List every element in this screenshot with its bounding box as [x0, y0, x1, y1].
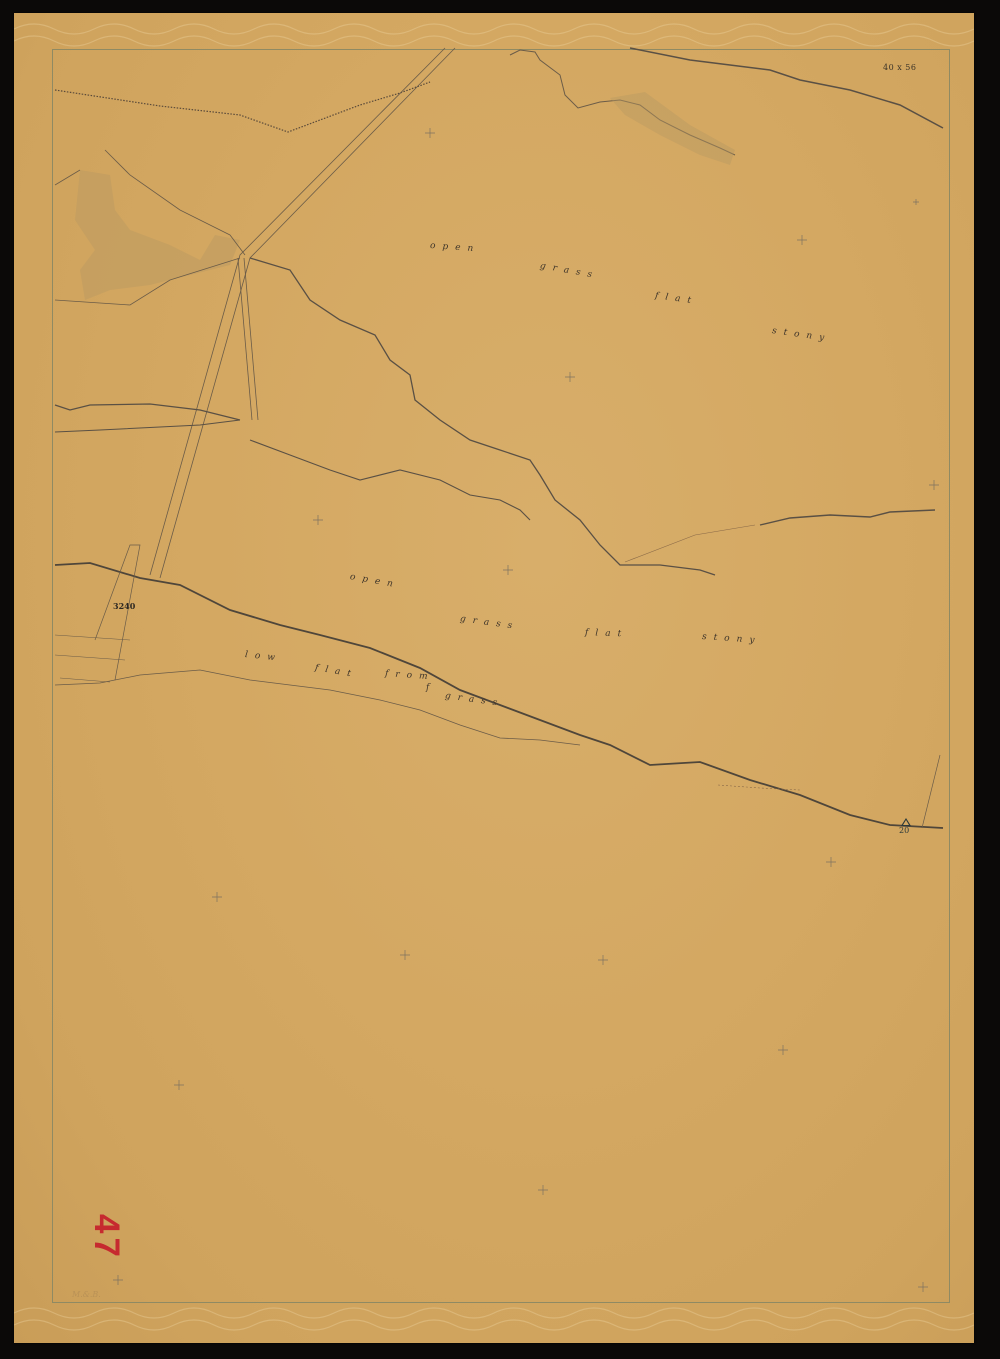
sheet-size-label: 40 x 56 [883, 63, 916, 72]
map-features [0, 0, 1000, 1359]
sheet-number-text: 47 [86, 1214, 126, 1261]
marsh-left [75, 170, 240, 300]
road-diagonal [150, 48, 445, 575]
triangulation-station: 20 [896, 818, 916, 844]
dotted-trail [55, 82, 430, 132]
wash-central [250, 258, 715, 575]
sheet-number: 47 [86, 1214, 126, 1274]
pencil-note: M.&.B. [72, 1290, 101, 1299]
triangle-icon [901, 818, 911, 826]
terrain-label-flat-lower: flat [585, 628, 629, 640]
station-label: 20 [899, 826, 916, 835]
grid-ticks [113, 128, 939, 1292]
elevation-label: 3240 [113, 601, 135, 611]
marsh-upper [610, 92, 735, 165]
terrain-label-f: f [426, 683, 436, 693]
river-main [55, 563, 943, 828]
